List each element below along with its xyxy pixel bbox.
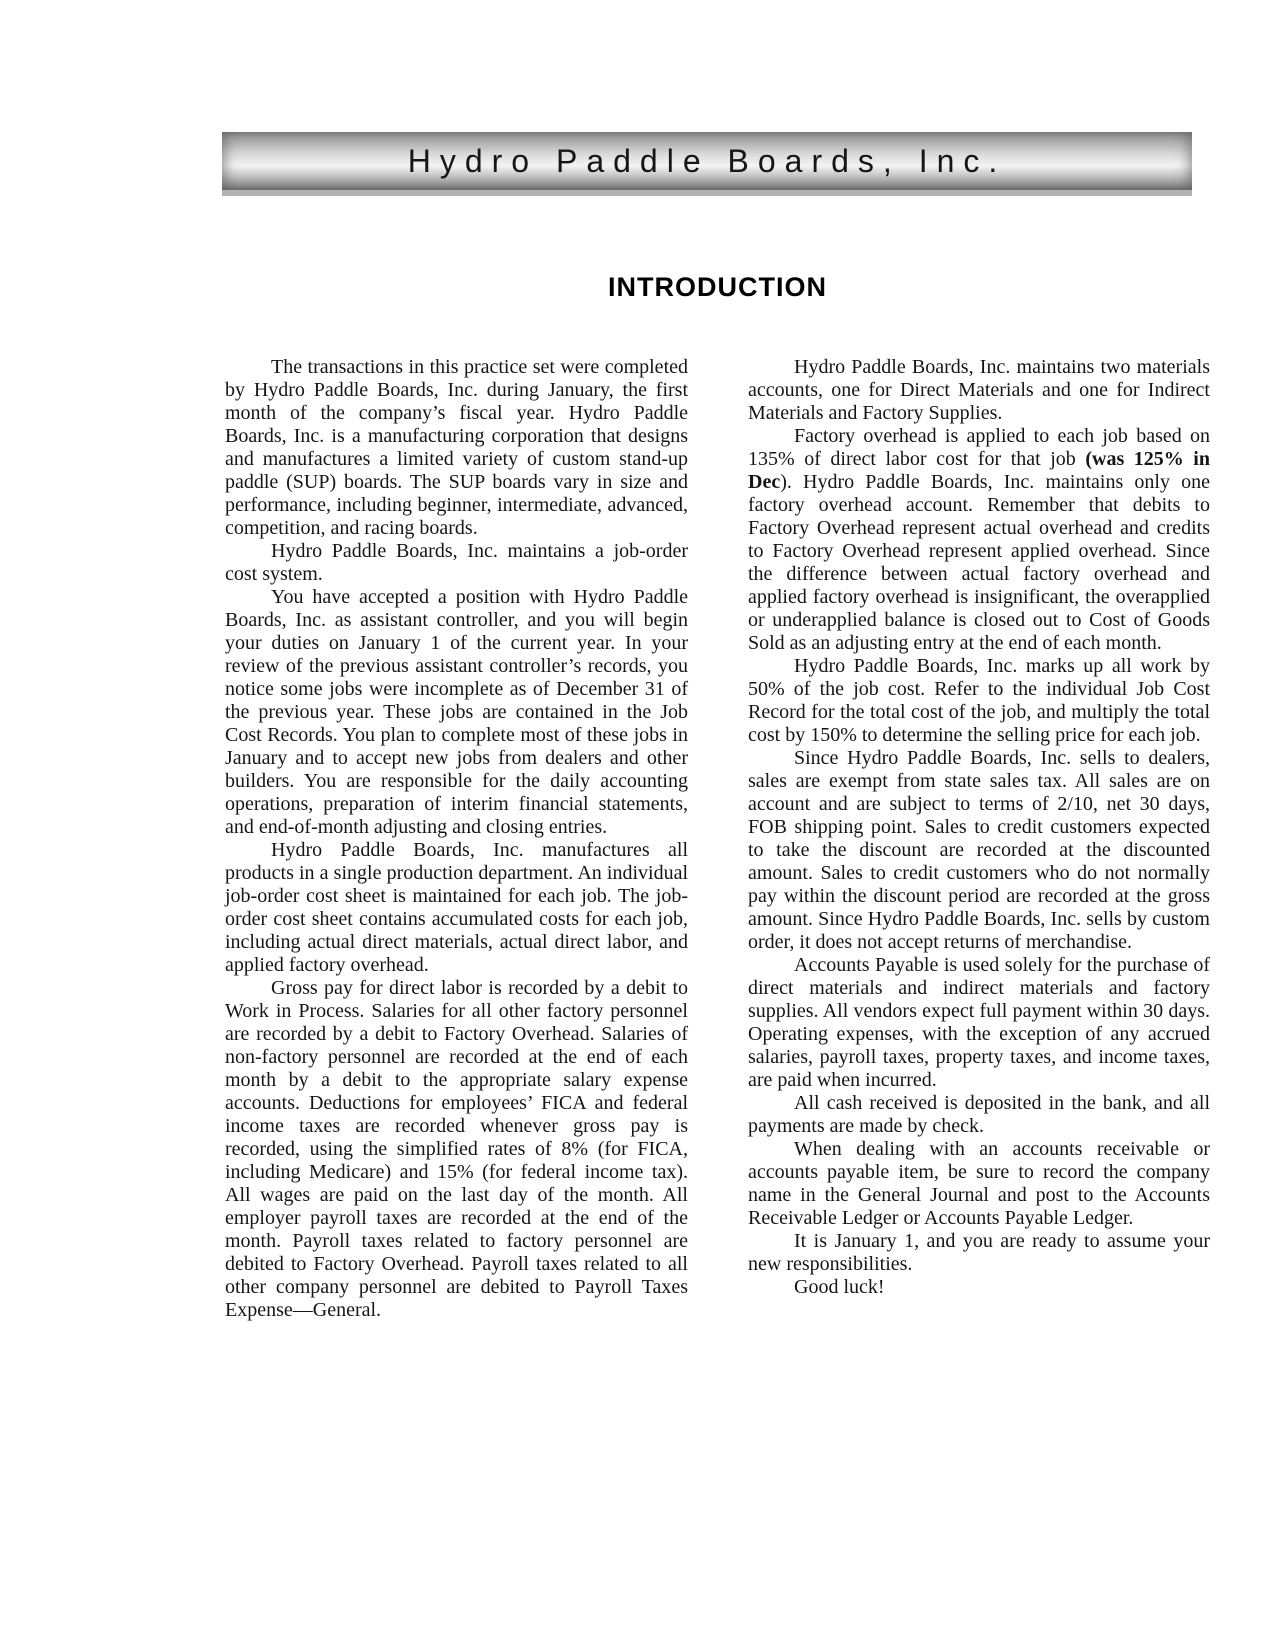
paragraph-text: Since Hydro Paddle Boards, Inc. sells to… — [748, 747, 1210, 953]
company-banner: Hydro Paddle Boards, Inc. — [222, 132, 1192, 190]
paragraph-text: Accounts Payable is used solely for the … — [748, 954, 1210, 1091]
paragraph-text: When dealing with an accounts receivable… — [748, 1138, 1210, 1229]
paragraph: The transactions in this practice set we… — [225, 356, 688, 540]
paragraph-text: Gross pay for direct labor is recorded b… — [225, 977, 688, 1321]
paragraph-text: Hydro Paddle Boards, Inc. maintains two … — [748, 356, 1210, 424]
paragraph: Hydro Paddle Boards, Inc. maintains a jo… — [225, 540, 688, 586]
paragraph: Since Hydro Paddle Boards, Inc. sells to… — [748, 747, 1210, 954]
right-column: Hydro Paddle Boards, Inc. maintains two … — [748, 356, 1210, 1322]
paragraph: Hydro Paddle Boards, Inc. marks up all w… — [748, 655, 1210, 747]
paragraph: Factory overhead is applied to each job … — [748, 425, 1210, 655]
paragraph-text: The transactions in this practice set we… — [225, 356, 688, 539]
paragraph: When dealing with an accounts receivable… — [748, 1138, 1210, 1230]
company-banner-title: Hydro Paddle Boards, Inc. — [408, 143, 1007, 180]
paragraph: Good luck! — [748, 1276, 1210, 1299]
left-column: The transactions in this practice set we… — [225, 356, 688, 1322]
paragraph: Hydro Paddle Boards, Inc. manufactures a… — [225, 839, 688, 977]
paragraph-text: It is January 1, and you are ready to as… — [748, 1230, 1210, 1275]
paragraph-text: Hydro Paddle Boards, Inc. manufactures a… — [225, 839, 688, 976]
paragraph: Gross pay for direct labor is recorded b… — [225, 977, 688, 1322]
paragraph-text: Hydro Paddle Boards, Inc. maintains a jo… — [225, 540, 688, 585]
paragraph-text: Good luck! — [794, 1276, 885, 1298]
paragraph-text: You have accepted a position with Hydro … — [225, 586, 688, 838]
body-columns: The transactions in this practice set we… — [225, 356, 1210, 1322]
paragraph-text: ). Hydro Paddle Boards, Inc. maintains o… — [748, 471, 1210, 654]
paragraph: It is January 1, and you are ready to as… — [748, 1230, 1210, 1276]
paragraph: Accounts Payable is used solely for the … — [748, 954, 1210, 1092]
paragraph: You have accepted a position with Hydro … — [225, 586, 688, 839]
paragraph: Hydro Paddle Boards, Inc. maintains two … — [748, 356, 1210, 425]
document-page: Hydro Paddle Boards, Inc. INTRODUCTION T… — [0, 0, 1275, 1650]
page-title: INTRODUCTION — [225, 272, 1210, 303]
paragraph-text: All cash received is deposited in the ba… — [748, 1092, 1210, 1137]
paragraph: All cash received is deposited in the ba… — [748, 1092, 1210, 1138]
paragraph-text: Hydro Paddle Boards, Inc. marks up all w… — [748, 655, 1210, 746]
